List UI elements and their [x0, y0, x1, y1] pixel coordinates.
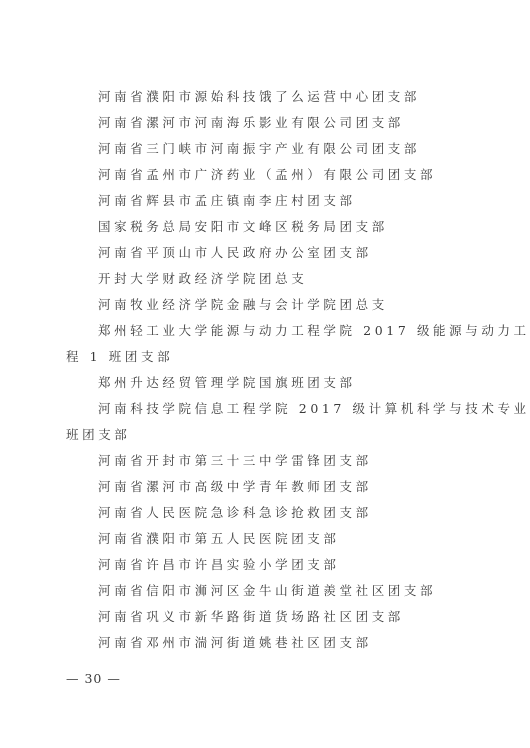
list-item: 河南科技学院信息工程学院 2017 级计算机科学与技术专业 3: [66, 396, 466, 422]
list-item: 河南牧业经济学院金融与会计学院团总支: [66, 292, 466, 318]
list-item-continuation: 程 1 班团支部: [66, 344, 466, 370]
list-item: 河南省邓州市湍河街道姚巷社区团支部: [66, 630, 466, 656]
list-item: 河南省孟州市广济药业（孟州）有限公司团支部: [66, 162, 466, 188]
list-item: 国家税务总局安阳市文峰区税务局团支部: [66, 214, 466, 240]
document-page: 河南省濮阳市源始科技饿了么运营中心团支部 河南省漯河市河南海乐影业有限公司团支部…: [0, 0, 530, 748]
list-item: 河南省开封市第三十三中学雷锋团支部: [66, 448, 466, 474]
organization-list: 河南省濮阳市源始科技饿了么运营中心团支部 河南省漯河市河南海乐影业有限公司团支部…: [66, 84, 466, 656]
list-item: 郑州轻工业大学能源与动力工程学院 2017 级能源与动力工: [66, 318, 466, 344]
list-item: 开封大学财政经济学院团总支: [66, 266, 466, 292]
list-item: 河南省平顶山市人民政府办公室团支部: [66, 240, 466, 266]
list-item: 河南省人民医院急诊科急诊抢救团支部: [66, 500, 466, 526]
page-number: — 30 —: [66, 669, 121, 689]
list-item-continuation: 班团支部: [66, 422, 466, 448]
list-item: 河南省漯河市高级中学青年教师团支部: [66, 474, 466, 500]
list-item: 河南省濮阳市源始科技饿了么运营中心团支部: [66, 84, 466, 110]
list-item: 河南省濮阳市第五人民医院团支部: [66, 526, 466, 552]
list-item: 河南省信阳市浉河区金牛山街道羨堂社区团支部: [66, 578, 466, 604]
list-item: 郑州升达经贸管理学院国旗班团支部: [66, 370, 466, 396]
list-item: 河南省辉县市孟庄镇南李庄村团支部: [66, 188, 466, 214]
list-item: 河南省许昌市许昌实验小学团支部: [66, 552, 466, 578]
list-item: 河南省巩义市新华路街道货场路社区团支部: [66, 604, 466, 630]
list-item: 河南省漯河市河南海乐影业有限公司团支部: [66, 110, 466, 136]
list-item: 河南省三门峡市河南振宇产业有限公司团支部: [66, 136, 466, 162]
